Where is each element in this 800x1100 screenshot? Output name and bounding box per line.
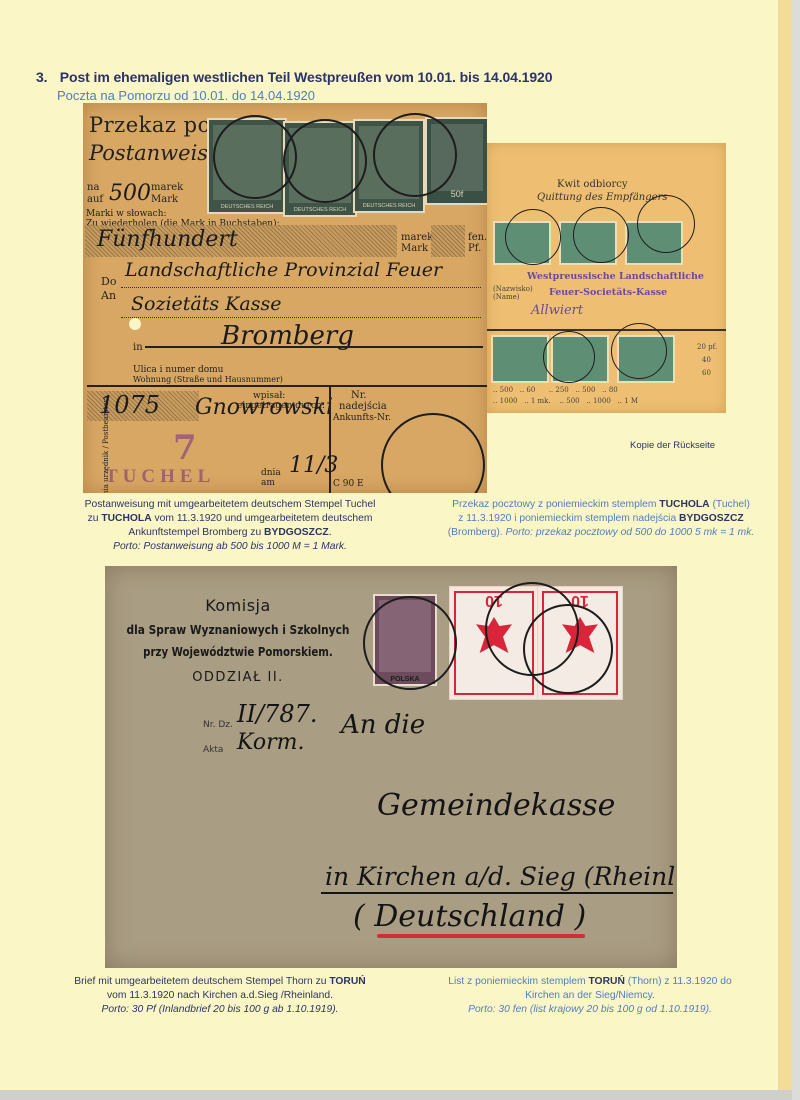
- money-order-caption-de: Postanweisung mit umgearbeitetem deutsch…: [48, 498, 412, 554]
- label-in: in: [133, 343, 143, 353]
- envelope-image: Komisja dla Spraw Wyznaniowych i Szkolny…: [105, 566, 677, 968]
- label-do: Do: [101, 277, 116, 287]
- label-arrival-pl: nadejścia: [339, 402, 387, 412]
- amount-words-handwritten: Fünfhundert: [97, 227, 238, 252]
- address-line-2: Gemeindekasse: [377, 788, 615, 823]
- label-fen: fen.: [468, 233, 487, 243]
- receipt-back-image: Kwit odbiorcy Quittung des Empfängers We…: [487, 143, 726, 413]
- page-edge: [778, 0, 792, 1092]
- letter-caption-pl: List z poniemieckim stemplem TORUŃ (Thor…: [400, 975, 780, 1017]
- nr-dz-value: II/787.: [237, 700, 317, 728]
- label-an: An: [101, 291, 116, 301]
- sender-line-3: przy Województwie Pomorskiem.: [125, 645, 351, 659]
- label-street-pl: Ulica i numer domu: [133, 365, 223, 375]
- section-title-de: Post im ehemaligen westlichen Teil Westp…: [60, 69, 553, 85]
- date-handwritten: 11/3: [289, 453, 338, 478]
- side-label: Wypełnia urzędnik / Postbeamter: [101, 399, 111, 493]
- tuchola-cancel-3: [373, 113, 457, 197]
- label-akta: Akta: [203, 745, 223, 755]
- label-na: na: [87, 183, 99, 193]
- label-nr: Nr.: [351, 391, 367, 401]
- fen-field: [431, 225, 465, 257]
- label-marek: marek: [151, 183, 183, 193]
- letter-caption-de: Brief mit umgearbeitetem deutschem Stemp…: [40, 975, 400, 1017]
- money-order-caption-pl: Przekaz pocztowy z poniemieckim stemplem…: [410, 498, 792, 540]
- label-day-pl: dnia: [261, 468, 281, 478]
- address-line-4: ( Deutschland ): [353, 899, 586, 934]
- label-arrival-de: Ankunfts-Nr.: [333, 413, 391, 423]
- form-code: C 90 E: [333, 479, 364, 489]
- amount-handwritten: 500: [109, 181, 151, 206]
- reverse-copy-note: Kopie der Rückseite: [630, 440, 715, 451]
- label-name-de: (Name): [493, 293, 520, 301]
- purple-number-cancel: 7: [173, 428, 197, 468]
- tuchola-cancel-2: [283, 119, 367, 203]
- section-title: 3. Post im ehemaligen westlichen Teil We…: [36, 69, 552, 85]
- section-number: 3.: [36, 69, 56, 85]
- label-marek-2: marek: [401, 233, 433, 243]
- label-auf: auf: [87, 195, 103, 205]
- torun-cancel-1: [363, 596, 457, 690]
- receipt-title-pl: Kwit odbiorcy: [557, 179, 628, 190]
- label-entered-pl: wpisał:: [253, 391, 285, 401]
- label-mark: Mark: [151, 195, 178, 205]
- label-entered-de: eingetragen durch:: [237, 401, 325, 411]
- sender-line-2: dla Spraw Wyznaniowych i Szkolnych: [125, 622, 351, 637]
- receipt-signature: Allwiert: [531, 303, 583, 318]
- red-underline: [377, 934, 585, 938]
- label-mark-2: Mark: [401, 244, 428, 254]
- label-name-pl: (Nazwisko): [493, 285, 533, 293]
- purple-place-cancel: TUCHEL: [105, 466, 215, 488]
- label-nr-dz: Nr. Dz.: [203, 720, 233, 730]
- label-street-de: Wohnung (Straße und Hausnummer): [133, 375, 283, 385]
- address-line-1: An die: [341, 710, 425, 740]
- punch-hole: [129, 318, 141, 330]
- label-day-de: am: [261, 478, 275, 488]
- money-order-image: Przekaz pocz Postanweisun na auf 500 mar…: [83, 103, 487, 493]
- recipient-line-1: Landschaftliche Provinzial Feuer: [125, 259, 442, 281]
- section-title-pl: Poczta na Pomorzu od 10.01. do 14.04.192…: [57, 88, 315, 103]
- label-pf: Pf.: [468, 244, 481, 254]
- address-line-3: in Kirchen a/d. Sieg (Rheinl.): [325, 862, 677, 891]
- label-words-pl: Marki w słowach:: [86, 209, 167, 219]
- sender-line-1: Komisja: [105, 596, 371, 615]
- fee-row-1: .. 500 .. 60 .. 250 .. 500 .. 80: [493, 386, 618, 394]
- sender-line-4: ODDZIAŁ II.: [105, 670, 371, 685]
- akta-value: Korm.: [237, 730, 304, 755]
- page-bottom-edge: [0, 1090, 792, 1100]
- torun-cancel-3: [523, 604, 613, 694]
- bydgoszcz-arrival-cancel: [381, 413, 485, 493]
- recipient-line-2: Sozietäts Kasse: [131, 293, 281, 315]
- purple-stamp-line-1: Westpreussische Landschaftliche: [527, 271, 704, 282]
- purple-stamp-line-2: Feuer-Societäts-Kasse: [549, 287, 667, 298]
- fee-row-2: .. 1000 .. 1 mk. .. 500 .. 1000 .. 1 M: [493, 397, 638, 405]
